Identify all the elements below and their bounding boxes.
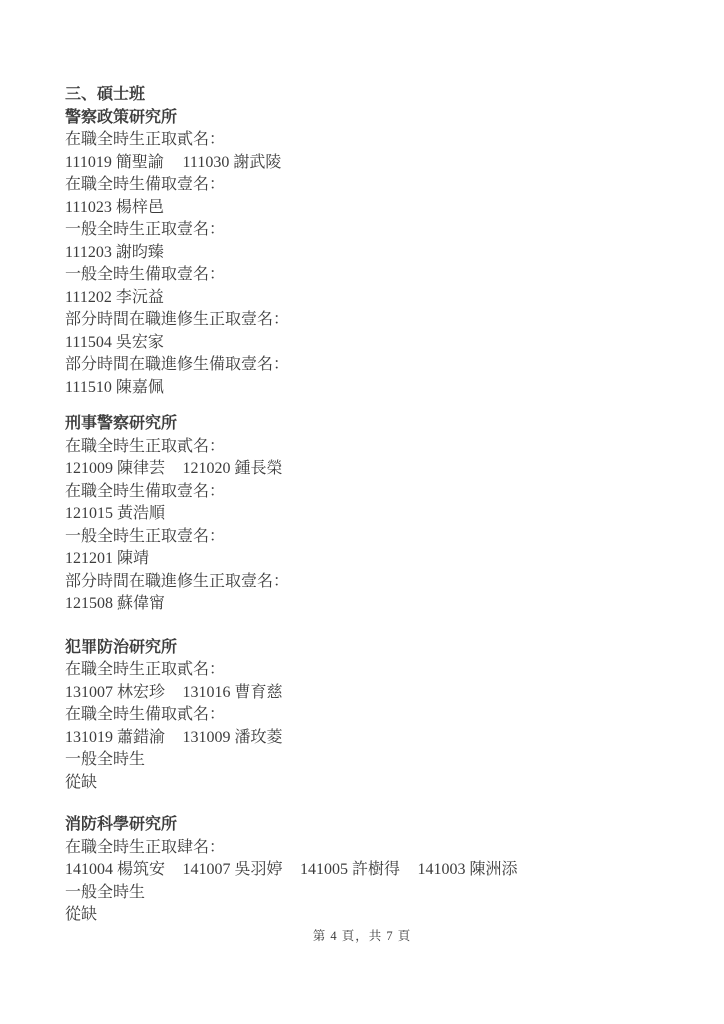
quota-label: 部分時間在職進修生備取壹名：	[65, 354, 695, 377]
admittee-row: 111202 李沅益	[65, 287, 695, 310]
admittee-entry: 121015 黃浩順	[65, 503, 183, 526]
admittee-entry: 111030 謝武陵	[183, 152, 301, 175]
quota-label: 部分時間在職進修生正取壹名：	[65, 309, 695, 332]
section-title: 刑事警察研究所	[65, 413, 695, 436]
admittee-entry: 121009 陳律芸	[65, 458, 183, 481]
admittee-entry: 111504 吳宏家	[65, 332, 183, 355]
admittee-row: 111504 吳宏家	[65, 332, 695, 355]
admittee-row: 111019 簡聖諭111030 謝武陵	[65, 152, 695, 175]
admittee-entry: 131016 曹育慈	[183, 682, 301, 705]
quota-label: 在職全時生備取壹名：	[65, 481, 695, 504]
admittee-row: 131007 林宏珍131016 曹育慈	[65, 682, 695, 705]
admittee-entry: 121508 蘇偉甯	[65, 593, 183, 616]
quota-label: 在職全時生備取壹名：	[65, 174, 695, 197]
admittee-entry: 111023 楊梓邑	[65, 197, 183, 220]
quota-label: 在職全時生正取貳名：	[65, 129, 695, 152]
admittee-entry: 131009 潘玫菱	[183, 727, 301, 750]
section-police-policy-institute: 警察政策研究所 在職全時生正取貳名： 111019 簡聖諭111030 謝武陵 …	[65, 107, 695, 400]
admittee-row: 121015 黃浩順	[65, 503, 695, 526]
admittee-entry: 121201 陳靖	[65, 548, 183, 571]
section-title: 犯罪防治研究所	[65, 637, 695, 660]
admittee-row: 121201 陳靖	[65, 548, 695, 571]
admittee-entry: 111202 李沅益	[65, 287, 183, 310]
quota-label: 一般全時生正取壹名：	[65, 219, 695, 242]
admittee-entry: 141007 吳羽婷	[183, 859, 301, 882]
admittee-row: 121508 蘇偉甯	[65, 593, 695, 616]
admittee-entry: 121020 鍾長榮	[183, 458, 301, 481]
doc-heading: 三、碩士班	[65, 84, 695, 107]
section-title: 消防科學研究所	[65, 814, 695, 837]
quota-label: 在職全時生備取貳名：	[65, 704, 695, 727]
admittee-entry: 111019 簡聖諭	[65, 152, 183, 175]
quota-label: 一般全時生備取壹名：	[65, 264, 695, 287]
admittee-entry: 141005 許樹得	[300, 859, 418, 882]
admittee-entry: 141003 陳洲添	[418, 859, 536, 882]
page-number: 第 4 頁，共 7 頁	[0, 926, 724, 944]
admittee-row: 111510 陳嘉佩	[65, 377, 695, 400]
section-crime-prevention-institute: 犯罪防治研究所 在職全時生正取貳名： 131007 林宏珍131016 曹育慈 …	[65, 637, 695, 795]
quota-label: 在職全時生正取貳名：	[65, 659, 695, 682]
admittee-entry: 131019 蕭錯渝	[65, 727, 183, 750]
quota-label: 在職全時生正取貳名：	[65, 436, 695, 459]
section-fire-science-institute: 消防科學研究所 在職全時生正取肆名： 141004 楊筑安141007 吳羽婷1…	[65, 814, 695, 927]
category-label: 一般全時生	[65, 749, 695, 772]
admittee-row: 111023 楊梓邑	[65, 197, 695, 220]
quota-label: 一般全時生正取壹名：	[65, 526, 695, 549]
section-title: 警察政策研究所	[65, 107, 695, 130]
admittee-entry: 111203 謝昀臻	[65, 242, 183, 265]
admittee-row: 111203 謝昀臻	[65, 242, 695, 265]
vacancy-label: 從缺	[65, 904, 695, 927]
quota-label: 部分時間在職進修生正取壹名：	[65, 571, 695, 594]
admittee-entry: 141004 楊筑安	[65, 859, 183, 882]
admittee-entry: 111510 陳嘉佩	[65, 377, 183, 400]
quota-label: 在職全時生正取肆名：	[65, 837, 695, 860]
vacancy-label: 從缺	[65, 772, 695, 795]
admittee-row: 131019 蕭錯渝131009 潘玫菱	[65, 727, 695, 750]
admittee-row: 121009 陳律芸121020 鍾長榮	[65, 458, 695, 481]
category-label: 一般全時生	[65, 882, 695, 905]
document-page: 三、碩士班 警察政策研究所 在職全時生正取貳名： 111019 簡聖諭11103…	[0, 0, 724, 1024]
document-content: 三、碩士班 警察政策研究所 在職全時生正取貳名： 111019 簡聖諭11103…	[65, 84, 695, 927]
section-criminal-police-institute: 刑事警察研究所 在職全時生正取貳名： 121009 陳律芸121020 鍾長榮 …	[65, 413, 695, 616]
admittee-entry: 131007 林宏珍	[65, 682, 183, 705]
admittee-row: 141004 楊筑安141007 吳羽婷141005 許樹得141003 陳洲添	[65, 859, 695, 882]
